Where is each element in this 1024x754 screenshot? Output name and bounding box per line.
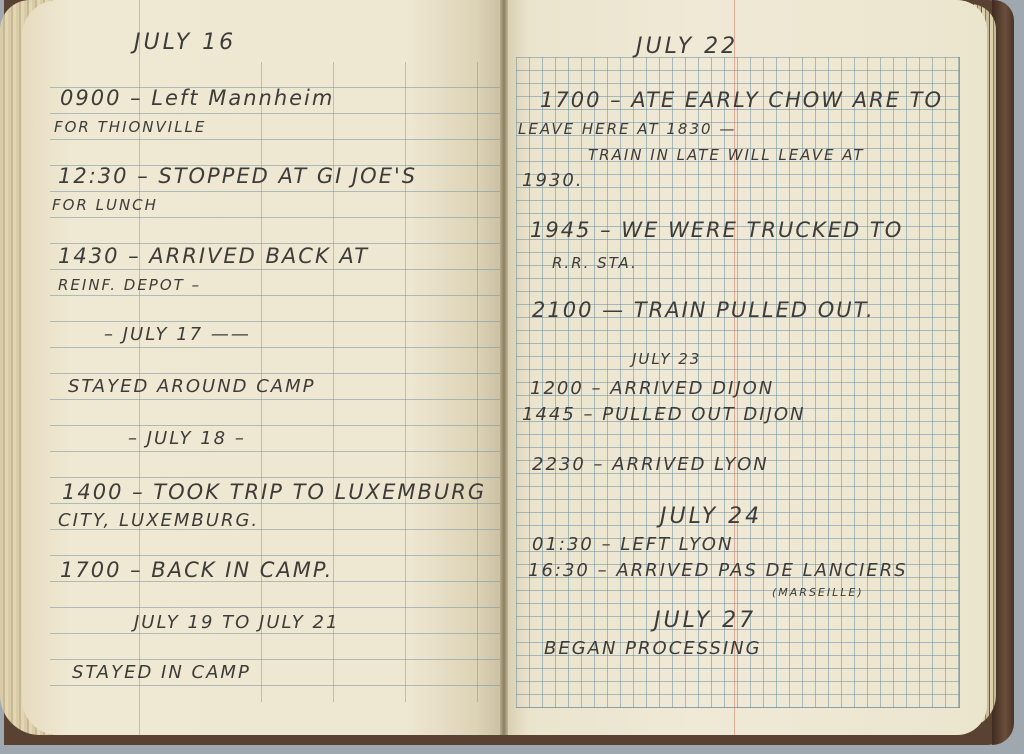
date-heading: July 16	[134, 30, 236, 55]
entry-line: 16:30 – Arrived Pas de Lanciers	[528, 560, 908, 581]
date-heading: July 27	[654, 608, 756, 633]
entry-line: 1700 – Ate early chow are to	[540, 88, 943, 112]
entry-line: 1700 – Back in Camp.	[60, 558, 333, 582]
date-heading: July 24	[660, 504, 762, 529]
entry-line: Stayed in Camp	[72, 662, 251, 683]
entry-line: 01:30 – Left Lyon	[532, 534, 733, 555]
entry-line: 1945 – We were trucked to	[530, 218, 903, 242]
date-heading: – July 18 –	[128, 428, 246, 449]
entry-line: 0900 – Left Mannheim	[60, 86, 334, 110]
date-heading: July 22	[636, 34, 738, 59]
entry-line: 2230 – Arrived Lyon	[532, 454, 769, 475]
entry-line: 1200 – Arrived Dijon	[530, 378, 774, 399]
entry-line: 1430 – Arrived back at	[58, 244, 369, 268]
diary-photo: July 16 0900 – Left Mannheim for Thionvi…	[0, 0, 1024, 754]
entry-line: 1930.	[522, 170, 584, 191]
entry-line: R.R. Sta.	[552, 254, 638, 272]
entry-line: Reinf. Depot –	[58, 276, 201, 294]
entry-line: Began processing	[544, 638, 762, 659]
entry-line: Train in late will leave at	[588, 146, 865, 164]
book-gutter	[500, 0, 508, 735]
entry-line: City, Luxemburg.	[58, 510, 259, 531]
entry-line: leave here at 1830 —	[518, 120, 736, 138]
entry-line: for Lunch	[52, 196, 158, 214]
entry-line: 12:30 – Stopped at GI Joe's	[58, 164, 417, 188]
date-heading: July 19 to July 21	[134, 612, 339, 633]
entry-note: (Marseille)	[772, 586, 864, 599]
entry-line: for Thionville	[54, 118, 206, 136]
date-heading: – July 17 ——	[104, 324, 251, 345]
entry-line: 1400 – Took trip to Luxemburg	[62, 480, 486, 504]
entry-line: 2100 — Train pulled out.	[532, 298, 875, 322]
date-heading: July 23	[632, 350, 701, 368]
entry-line: Stayed Around Camp	[68, 376, 316, 397]
entry-line: 1445 – Pulled out Dijon	[522, 404, 805, 425]
